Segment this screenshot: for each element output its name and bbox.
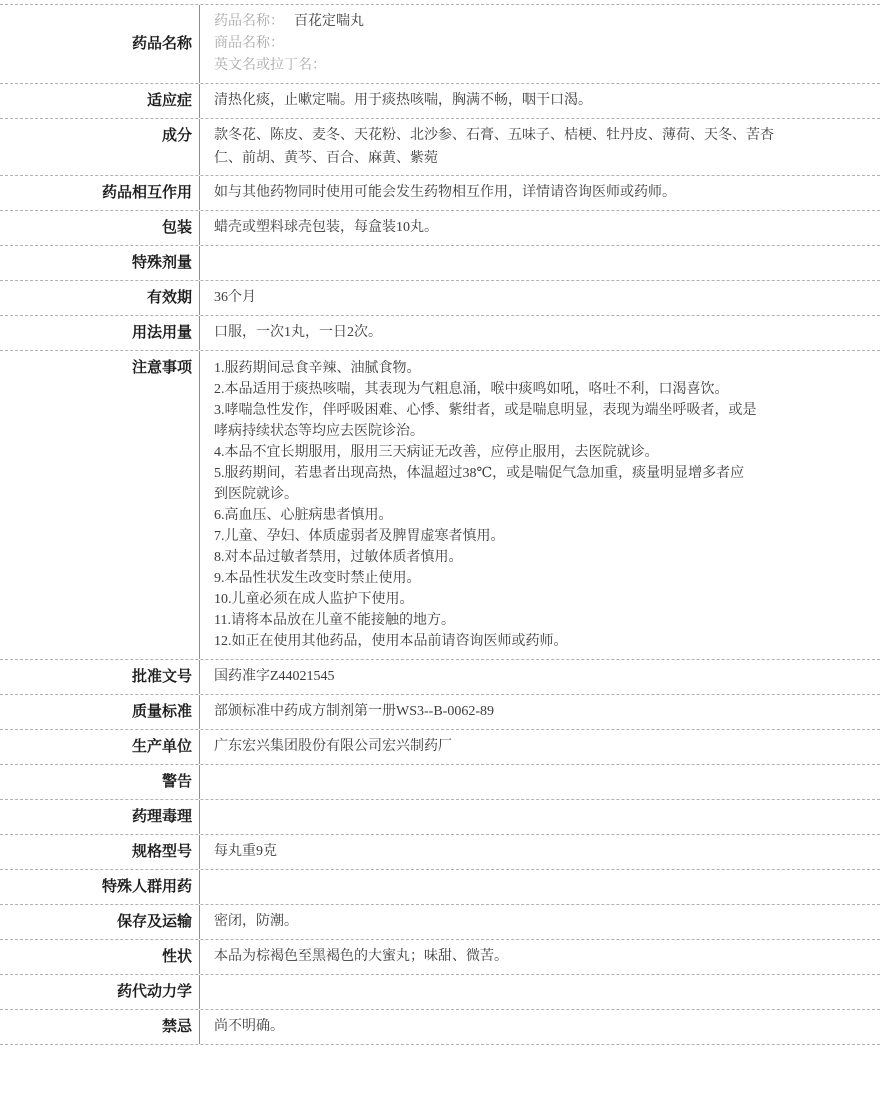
row-label: 药理毒理 [0, 800, 200, 834]
row-label: 药品相互作用 [0, 176, 200, 210]
row-manufacturer: 生产单位 广东宏兴集团股份有限公司宏兴制药厂 [0, 730, 880, 765]
precaution-line: 12.如正在使用其他药品，使用本品前请咨询医师或药师。 [214, 631, 862, 652]
row-label: 成分 [0, 119, 200, 175]
row-label: 保存及运输 [0, 905, 200, 939]
row-value: 每丸重9克 [200, 835, 880, 869]
row-label: 质量标准 [0, 695, 200, 729]
precaution-line: 10.儿童必须在成人监护下使用。 [214, 589, 862, 610]
row-value [200, 800, 880, 834]
precaution-line: 2.本品适用于痰热咳喘，其表现为气粗息涌，喉中痰鸣如吼，咯吐不利，口渴喜饮。 [214, 379, 862, 400]
row-value [200, 765, 880, 799]
drug-name-line: 药品名称：百花定喘丸 [214, 11, 862, 33]
row-pharmacokinetics: 药代动力学 [0, 975, 880, 1010]
row-quality-standard: 质量标准 部颁标准中药成方制剂第一册WS3--B-0062-89 [0, 695, 880, 730]
row-drug-name: 药品名称 药品名称：百花定喘丸 商品名称： 英文名或拉丁名： [0, 5, 880, 84]
drug-info-table: 药品名称 药品名称：百花定喘丸 商品名称： 英文名或拉丁名： 适应症 清热化痰，… [0, 4, 880, 1045]
row-value: 1.服药期间忌食辛辣、油腻食物。 2.本品适用于痰热咳喘，其表现为气粗息涌，喉中… [200, 351, 880, 659]
row-value: 本品为棕褐色至黑褐色的大蜜丸；味甜、微苦。 [200, 940, 880, 974]
row-warning: 警告 [0, 765, 880, 800]
row-dosage-usage: 用法用量 口服，一次1丸，一日2次。 [0, 316, 880, 351]
ingredients-line: 仁、前胡、黄芩、百合、麻黄、紫菀 [214, 147, 862, 170]
precaution-line: 11.请将本品放在儿童不能接触的地方。 [214, 610, 862, 631]
row-label: 禁忌 [0, 1010, 200, 1044]
row-properties: 性状 本品为棕褐色至黑褐色的大蜜丸；味甜、微苦。 [0, 940, 880, 975]
row-label: 药代动力学 [0, 975, 200, 1009]
row-value: 部颁标准中药成方制剂第一册WS3--B-0062-89 [200, 695, 880, 729]
row-special-population: 特殊人群用药 [0, 870, 880, 905]
row-value [200, 975, 880, 1009]
row-value [200, 246, 880, 280]
row-value: 款冬花、陈皮、麦冬、天花粉、北沙参、石膏、五味子、桔梗、牡丹皮、薄荷、天冬、苦杏… [200, 119, 880, 175]
row-drug-interaction: 药品相互作用 如与其他药物同时使用可能会发生药物相互作用，详情请咨询医师或药师。 [0, 176, 880, 211]
row-value [200, 870, 880, 904]
row-value: 如与其他药物同时使用可能会发生药物相互作用，详情请咨询医师或药师。 [200, 176, 880, 210]
precaution-line: 8.对本品过敏者禁用，过敏体质者慎用。 [214, 547, 862, 568]
row-label: 包装 [0, 211, 200, 245]
precaution-line: 6.高血压、心脏病患者慎用。 [214, 505, 862, 526]
precaution-line: 到医院就诊。 [214, 484, 862, 505]
row-label-text: 药品名称 [132, 35, 192, 53]
row-label: 特殊人群用药 [0, 870, 200, 904]
row-label: 有效期 [0, 281, 200, 315]
row-shelf-life: 有效期 36个月 [0, 281, 880, 316]
row-value: 密闭，防潮。 [200, 905, 880, 939]
row-value: 清热化痰，止嗽定喘。用于痰热咳喘，胸满不畅，咽干口渴。 [200, 84, 880, 118]
field-key: 商品名称： [214, 36, 284, 51]
row-label: 药品名称 [0, 5, 200, 83]
precaution-line: 4.本品不宜长期服用，服用三天病证无改善，应停止服用，去医院就诊。 [214, 442, 862, 463]
precaution-line: 1.服药期间忌食辛辣、油腻食物。 [214, 358, 862, 379]
row-approval-number: 批准文号 国药准字Z44021545 [0, 660, 880, 695]
row-label: 批准文号 [0, 660, 200, 694]
row-label: 用法用量 [0, 316, 200, 350]
field-value: 百花定喘丸 [294, 14, 364, 29]
row-label: 生产单位 [0, 730, 200, 764]
row-label: 规格型号 [0, 835, 200, 869]
row-value: 36个月 [200, 281, 880, 315]
row-value: 药品名称：百花定喘丸 商品名称： 英文名或拉丁名： [200, 5, 880, 83]
row-value: 广东宏兴集团股份有限公司宏兴制药厂 [200, 730, 880, 764]
row-contraindication: 禁忌 尚不明确。 [0, 1010, 880, 1045]
row-precautions: 注意事项 1.服药期间忌食辛辣、油腻食物。 2.本品适用于痰热咳喘，其表现为气粗… [0, 351, 880, 660]
field-key: 英文名或拉丁名： [214, 58, 326, 73]
row-value: 蜡壳或塑料球壳包装，每盒装10丸。 [200, 211, 880, 245]
row-label: 注意事项 [0, 351, 200, 659]
row-storage-transport: 保存及运输 密闭，防潮。 [0, 905, 880, 940]
row-specification: 规格型号 每丸重9克 [0, 835, 880, 870]
english-name-line: 英文名或拉丁名： [214, 55, 862, 77]
row-pharmacology-toxicology: 药理毒理 [0, 800, 880, 835]
row-label: 性状 [0, 940, 200, 974]
precaution-line: 哮病持续状态等均应去医院诊治。 [214, 421, 862, 442]
row-label: 适应症 [0, 84, 200, 118]
row-special-dosage: 特殊剂量 [0, 246, 880, 281]
row-packaging: 包装 蜡壳或塑料球壳包装，每盒装10丸。 [0, 211, 880, 246]
row-ingredients: 成分 款冬花、陈皮、麦冬、天花粉、北沙参、石膏、五味子、桔梗、牡丹皮、薄荷、天冬… [0, 119, 880, 176]
row-label: 特殊剂量 [0, 246, 200, 280]
precaution-line: 9.本品性状发生改变时禁止使用。 [214, 568, 862, 589]
row-value: 国药准字Z44021545 [200, 660, 880, 694]
row-indications: 适应症 清热化痰，止嗽定喘。用于痰热咳喘，胸满不畅，咽干口渴。 [0, 84, 880, 119]
ingredients-line: 款冬花、陈皮、麦冬、天花粉、北沙参、石膏、五味子、桔梗、牡丹皮、薄荷、天冬、苦杏 [214, 124, 862, 147]
row-value: 尚不明确。 [200, 1010, 880, 1044]
row-value: 口服，一次1丸，一日2次。 [200, 316, 880, 350]
row-label: 警告 [0, 765, 200, 799]
precaution-line: 5.服药期间，若患者出现高热，体温超过38℃，或是喘促气急加重，痰量明显增多者应 [214, 463, 862, 484]
precaution-line: 3.哮喘急性发作，伴呼吸困难、心悸、紫绀者，或是喘息明显，表现为端坐呼吸者，或是 [214, 400, 862, 421]
trade-name-line: 商品名称： [214, 33, 862, 55]
field-key: 药品名称： [214, 14, 284, 29]
precaution-line: 7.儿童、孕妇、体质虚弱者及脾胃虚寒者慎用。 [214, 526, 862, 547]
